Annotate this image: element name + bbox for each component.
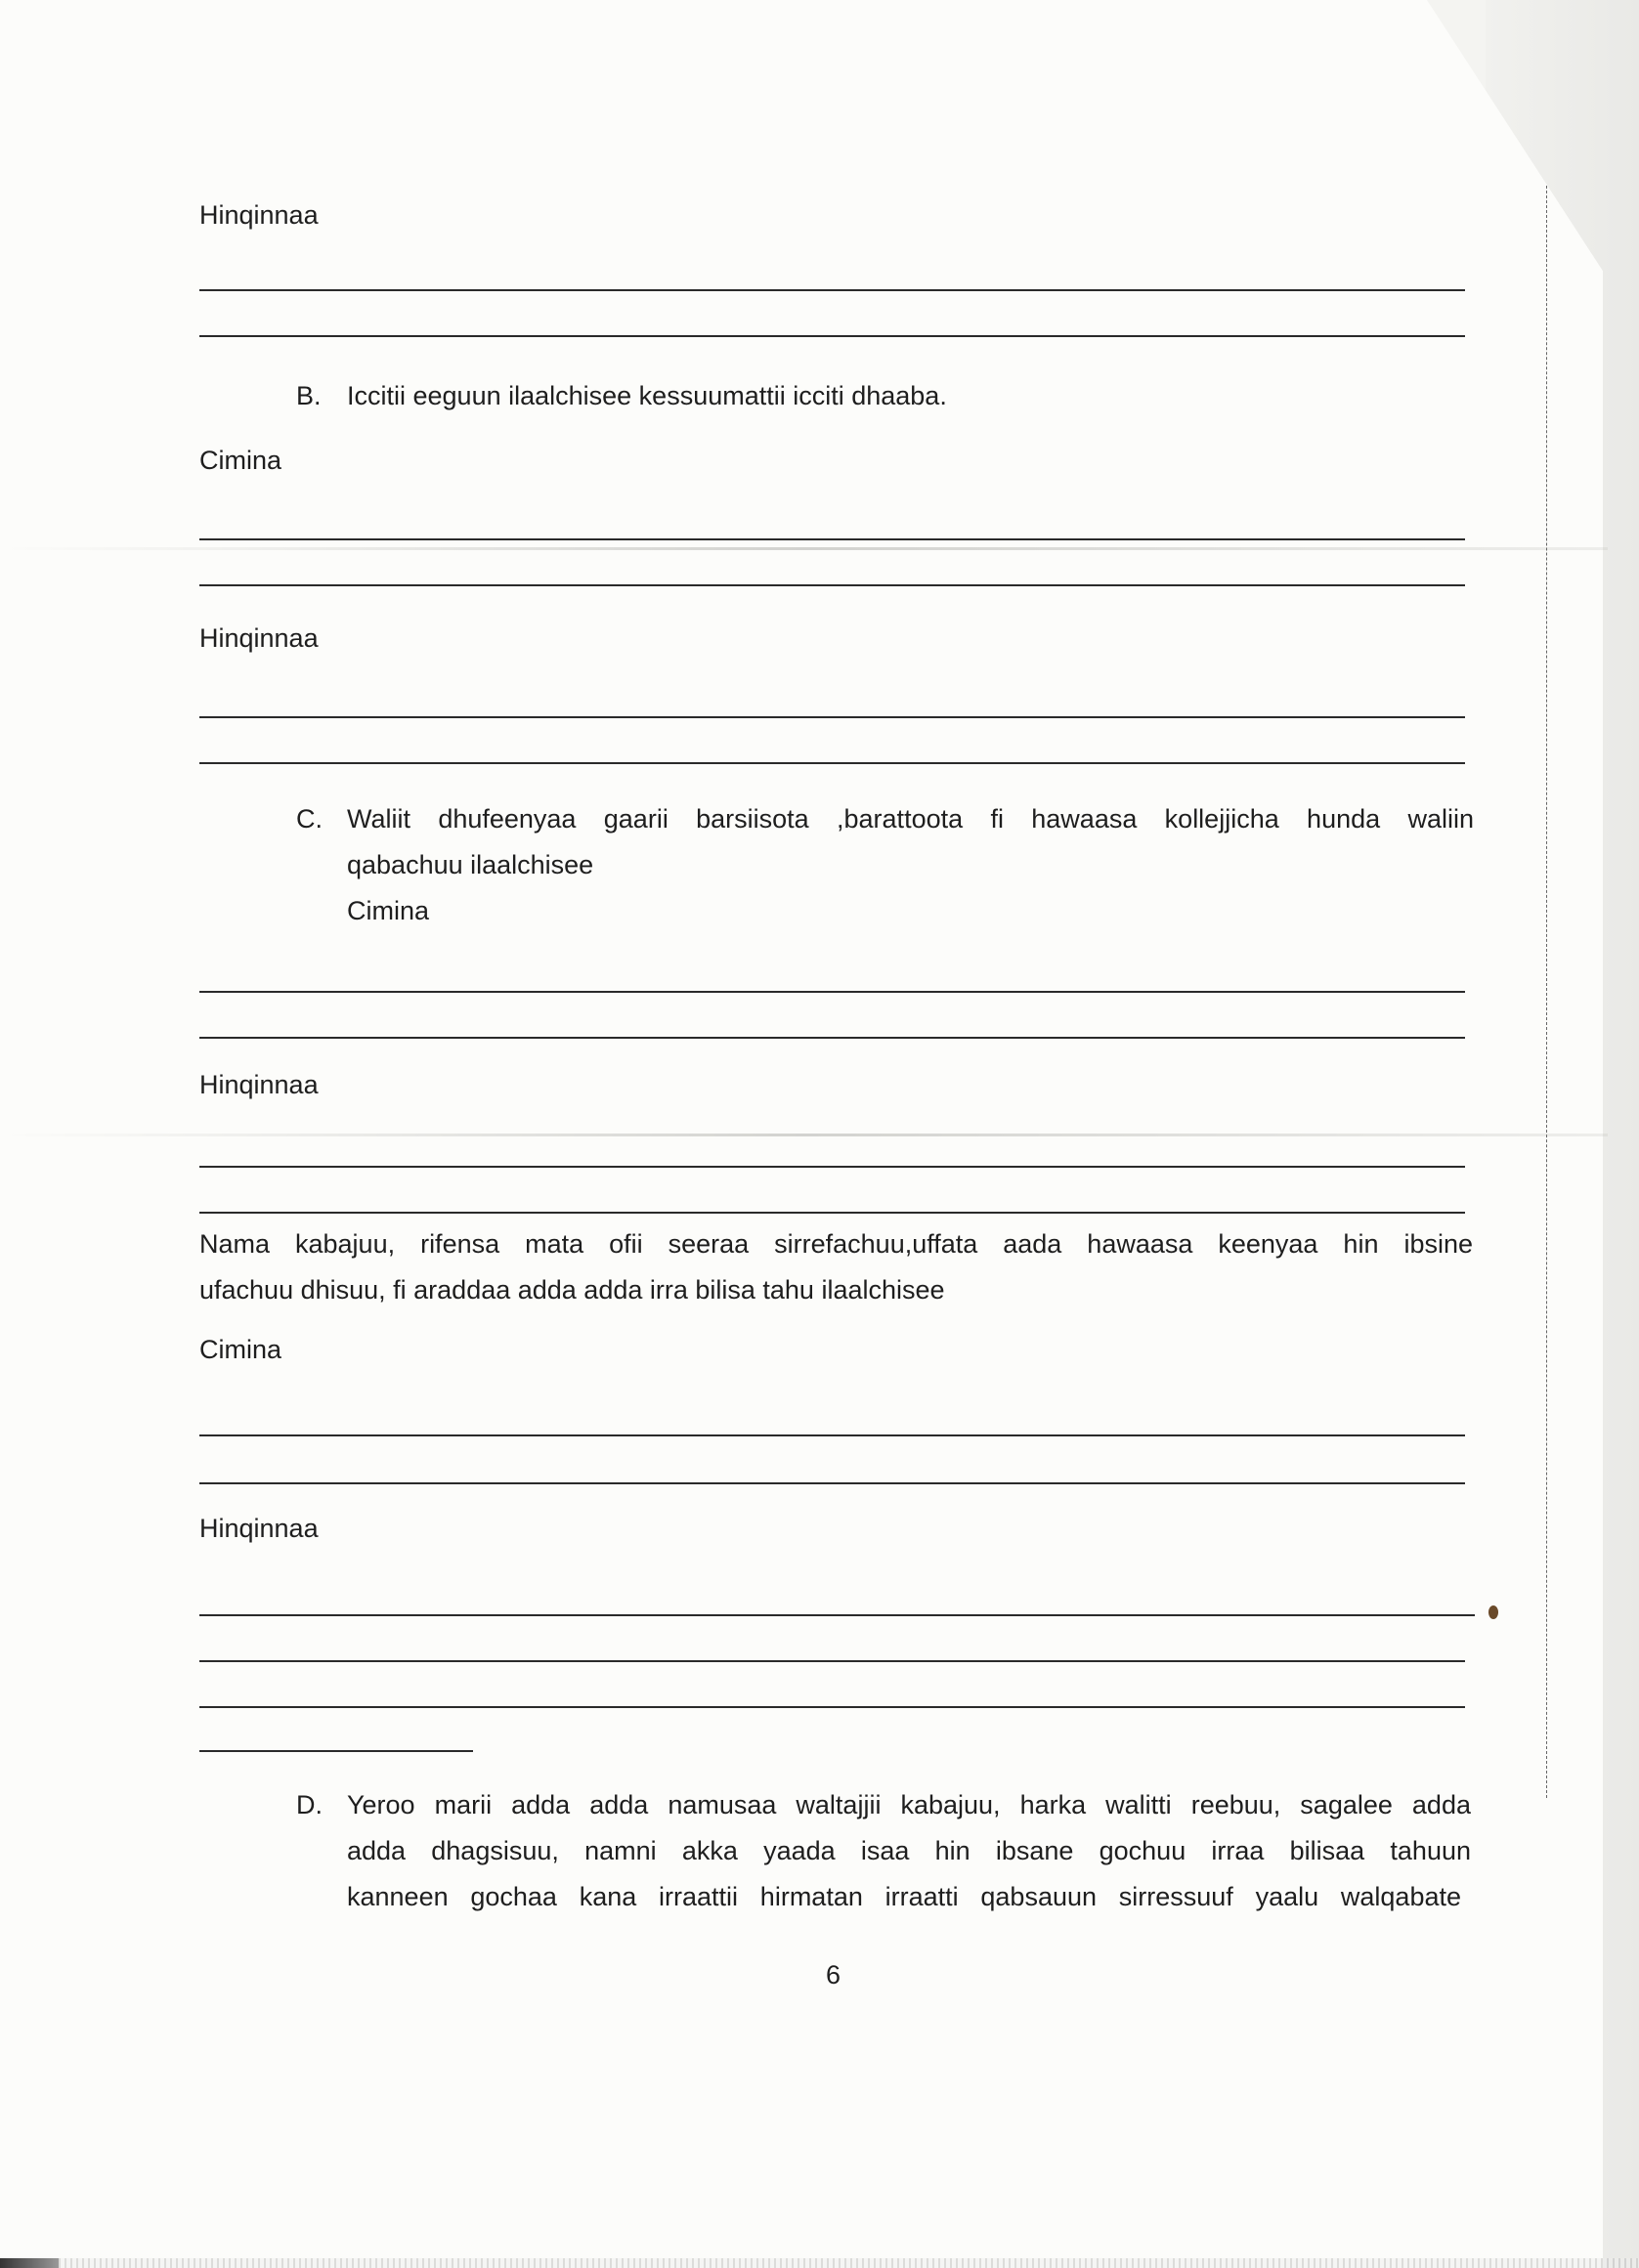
- cimina-label: Cimina: [199, 446, 281, 476]
- scanned-page: Hinqinnaa B. Iccitii eeguun ilaalchisee …: [0, 0, 1603, 2268]
- answer-line[interactable]: [199, 1434, 1465, 1436]
- fold-crease: [0, 1134, 1608, 1136]
- scanner-edge: [0, 2258, 1639, 2268]
- fold-crease: [0, 547, 1608, 550]
- hinqinnaa-label: Hinqinnaa: [199, 1070, 319, 1100]
- answer-line[interactable]: [199, 1614, 1475, 1616]
- question-paragraph: Nama kabajuu, rifensa mata ofii seeraa s…: [199, 1221, 1473, 1319]
- question-text-line: qabachuu ilaalchisee: [347, 842, 1474, 888]
- question-text: Iccitii eeguun ilaalchisee kessuumattii …: [347, 373, 1324, 419]
- cimina-label: Cimina: [199, 1335, 281, 1365]
- answer-line[interactable]: [199, 716, 1465, 718]
- answer-line[interactable]: [199, 1212, 1465, 1214]
- margin-dash-line: [1546, 186, 1548, 1798]
- answer-line[interactable]: [199, 1660, 1465, 1662]
- cimina-label: Cimina: [347, 888, 1474, 934]
- hinqinnaa-label: Hinqinnaa: [199, 623, 319, 654]
- scanner-edge-shadow: [0, 2258, 59, 2268]
- answer-line[interactable]: [199, 335, 1465, 337]
- answer-line[interactable]: [199, 1706, 1465, 1708]
- question-text-line: adda dhagsisuu, namni akka yaada isaa hi…: [347, 1828, 1471, 1874]
- question-letter: C.: [296, 796, 323, 842]
- question-text-line: Yeroo marii adda adda namusaa waltajjii …: [347, 1782, 1471, 1828]
- answer-line[interactable]: [199, 1482, 1465, 1484]
- question-text-line: ufachuu dhisuu, fi araddaa adda adda irr…: [199, 1267, 1473, 1313]
- hinqinnaa-label: Hinqinnaa: [199, 200, 319, 231]
- hinqinnaa-label: Hinqinnaa: [199, 1514, 319, 1544]
- question-d: D. Yeroo marii adda adda namusaa waltajj…: [296, 1782, 1469, 1929]
- question-b: B. Iccitii eeguun ilaalchisee kessuumatt…: [296, 373, 1469, 419]
- question-text-line: Waliit dhufeenyaa gaarii barsiisota ,bar…: [347, 796, 1474, 842]
- answer-line[interactable]: [199, 1166, 1465, 1168]
- answer-line[interactable]: [199, 1037, 1465, 1039]
- question-letter: D.: [296, 1782, 323, 1828]
- question-c: C. Waliit dhufeenyaa gaarii barsiisota ,…: [296, 796, 1474, 943]
- answer-line[interactable]: [199, 584, 1465, 586]
- question-text-line: kanneen gochaa kana irraattii hirmatan i…: [347, 1874, 1461, 1920]
- answer-line[interactable]: [199, 538, 1465, 540]
- ink-speck: [1488, 1605, 1498, 1619]
- page-number: 6: [826, 1960, 841, 1990]
- answer-line-short[interactable]: [199, 1750, 473, 1752]
- answer-line[interactable]: [199, 762, 1465, 764]
- answer-line[interactable]: [199, 289, 1465, 291]
- question-text-line: Nama kabajuu, rifensa mata ofii seeraa s…: [199, 1221, 1473, 1267]
- question-letter: B.: [296, 373, 322, 419]
- answer-line[interactable]: [199, 991, 1465, 993]
